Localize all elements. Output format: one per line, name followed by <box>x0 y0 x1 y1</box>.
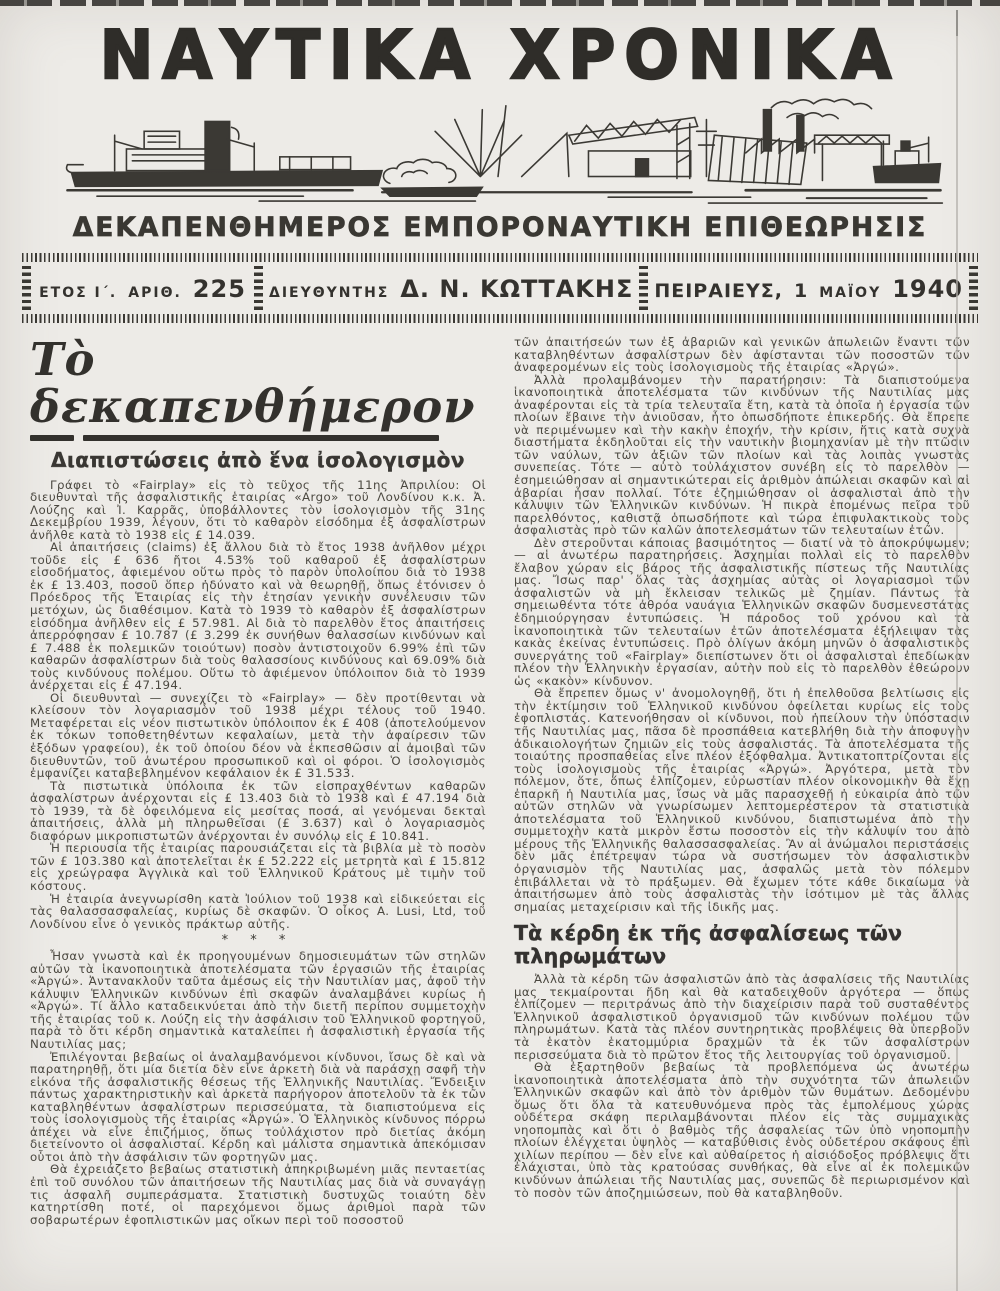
section-title: Τὸ δεκαπενθήμερον <box>30 336 486 431</box>
right-column: τῶν ἀπαιτήσεών των ἐξ ἀβαριῶν καὶ γενικῶ… <box>514 336 970 1226</box>
left-column: Τὸ δεκαπενθήμερον Διαπιστώσεις ἀπὸ ἕνα ἰ… <box>30 336 486 1226</box>
infobar-dash-left <box>22 266 31 310</box>
paragraph: Ἡ ἑταιρία ἀνεγνωρίσθη κατὰ Ἰούλιον τοῦ 1… <box>30 893 486 931</box>
infobar-border-top <box>22 253 978 262</box>
harbor-illustration-svg <box>48 90 952 206</box>
month: ΜΑΪΟΥ <box>819 285 881 301</box>
harbor-illustration <box>48 90 952 206</box>
paragraph: Δὲν στεροῦνται κάποιας βασιμότητος — δια… <box>514 537 970 688</box>
subheading-crew-insurance-profits: Τὰ κέρδη ἐκ τῆς ἀσφαλίσεως τῶν πληρωμάτω… <box>514 922 970 967</box>
paragraph: Θὰ ἔπρεπεν ὅμως ν' ἀνομολογηθῇ, ὅτι ἡ ἐπ… <box>514 687 970 913</box>
director-cell: ΔΙΕΥΘΥΝΤΗΣ Δ. Ν. ΚΩΤΤΑΚΗΣ <box>263 265 639 311</box>
newspaper-page: ΝΑΥΤΙΚΑ ΧΡΟΝΙΚΑ <box>0 0 1000 1291</box>
issue-info-bar: ΕΤΟΣ Ι΄. ΑΡΙΘ. 225 ΔΙΕΥΘΥΝΤΗΣ Δ. Ν. ΚΩΤΤ… <box>22 253 978 323</box>
paragraph: Ἀλλὰ τὰ κέρδη τῶν ἀσφαλιστῶν ἀπὸ τὰς ἀσφ… <box>514 973 970 1061</box>
year-number: 1940 <box>892 275 963 303</box>
paragraph: Οἱ διευθυνταὶ — συνεχίζει τὸ «Fairplay» … <box>30 692 486 780</box>
asterisk-separator: * * * <box>30 933 486 948</box>
year-label: ΕΤΟΣ Ι΄. <box>39 285 117 301</box>
director-name: Δ. Ν. ΚΩΤΤΑΚΗΣ <box>400 275 633 303</box>
masthead: ΝΑΥΤΙΚΑ ΧΡΟΝΙΚΑ <box>0 0 1000 323</box>
paragraph: Ἐπιλέγονται βεβαίως οἱ ἀναλαμβανόμενοι κ… <box>30 1051 486 1164</box>
director-label: ΔΙΕΥΘΥΝΤΗΣ <box>269 285 389 301</box>
paragraph-continuation: τῶν ἀπαιτήσεών των ἐξ ἀβαριῶν καὶ γενικῶ… <box>514 336 970 374</box>
paragraph: Αἱ ἀπαιτήσεις (claims) ἐξ ἄλλου διὰ τὸ ἔ… <box>30 541 486 692</box>
paper-subtitle: ΔΕΚΑΠΕΝΘΗΜΕΡΟΣ ΕΜΠΟΡΟΝΑΥΤΙΚΗ ΕΠΙΘΕΩΡΗΣΙΣ <box>0 212 1000 243</box>
scan-top-edge-artifact <box>0 0 1000 6</box>
article-body: Τὸ δεκαπενθήμερον Διαπιστώσεις ἀπὸ ἕνα ἰ… <box>30 336 970 1226</box>
paragraph: Ἀλλὰ προλαμβάνομεν τὴν παρατήρησιν: Τὰ δ… <box>514 374 970 537</box>
article-heading: Διαπιστώσεις ἀπὸ ἕνα ἰσολογισμὸν <box>30 448 486 472</box>
issue-label: ΑΡΙΘ. <box>128 285 182 301</box>
place-date-cell: ΠΕΙΡΑΙΕΥΣ, 1 ΜΑΪΟΥ 1940 <box>648 265 969 311</box>
scan-right-edge-line <box>956 10 958 1291</box>
infobar-border-bottom <box>22 314 978 323</box>
paper-title: ΝΑΥΤΙΚΑ ΧΡΟΝΙΚΑ <box>0 23 1000 90</box>
paragraph: Θὰ ἐχρειάζετο βεβαίως στατιστικὴ ἀπηκριβ… <box>30 1163 486 1226</box>
paragraph: Θὰ ἐξαρτηθοῦν βεβαίως τὰ προβλεπόμενα ὡς… <box>514 1061 970 1199</box>
day: 1 <box>794 280 808 302</box>
paragraph: Τὰ πιστωτικὰ ὑπόλοιπα ἐκ τῶν εἰσπραχθέντ… <box>30 780 486 843</box>
infobar-dash-sep1 <box>254 266 263 310</box>
paragraph: Ἦσαν γνωστὰ καὶ ἐκ προηγουμένων δημοσιευ… <box>30 950 486 1050</box>
place: ΠΕΙΡΑΙΕΥΣ, <box>654 280 783 302</box>
title-rule <box>30 435 486 441</box>
paragraph: Ἡ περιουσία τῆς ἑταιρίας παρουσιάζεται ε… <box>30 842 486 892</box>
infobar-dash-sep2 <box>639 266 648 310</box>
infobar-dash-right <box>969 266 978 310</box>
issue-number: 225 <box>193 275 246 303</box>
issue-cell: ΕΤΟΣ Ι΄. ΑΡΙΘ. 225 <box>31 265 254 311</box>
paragraph: Γράφει τὸ «Fairplay» εἰς τὸ τεῦχος τῆς 1… <box>30 479 486 542</box>
